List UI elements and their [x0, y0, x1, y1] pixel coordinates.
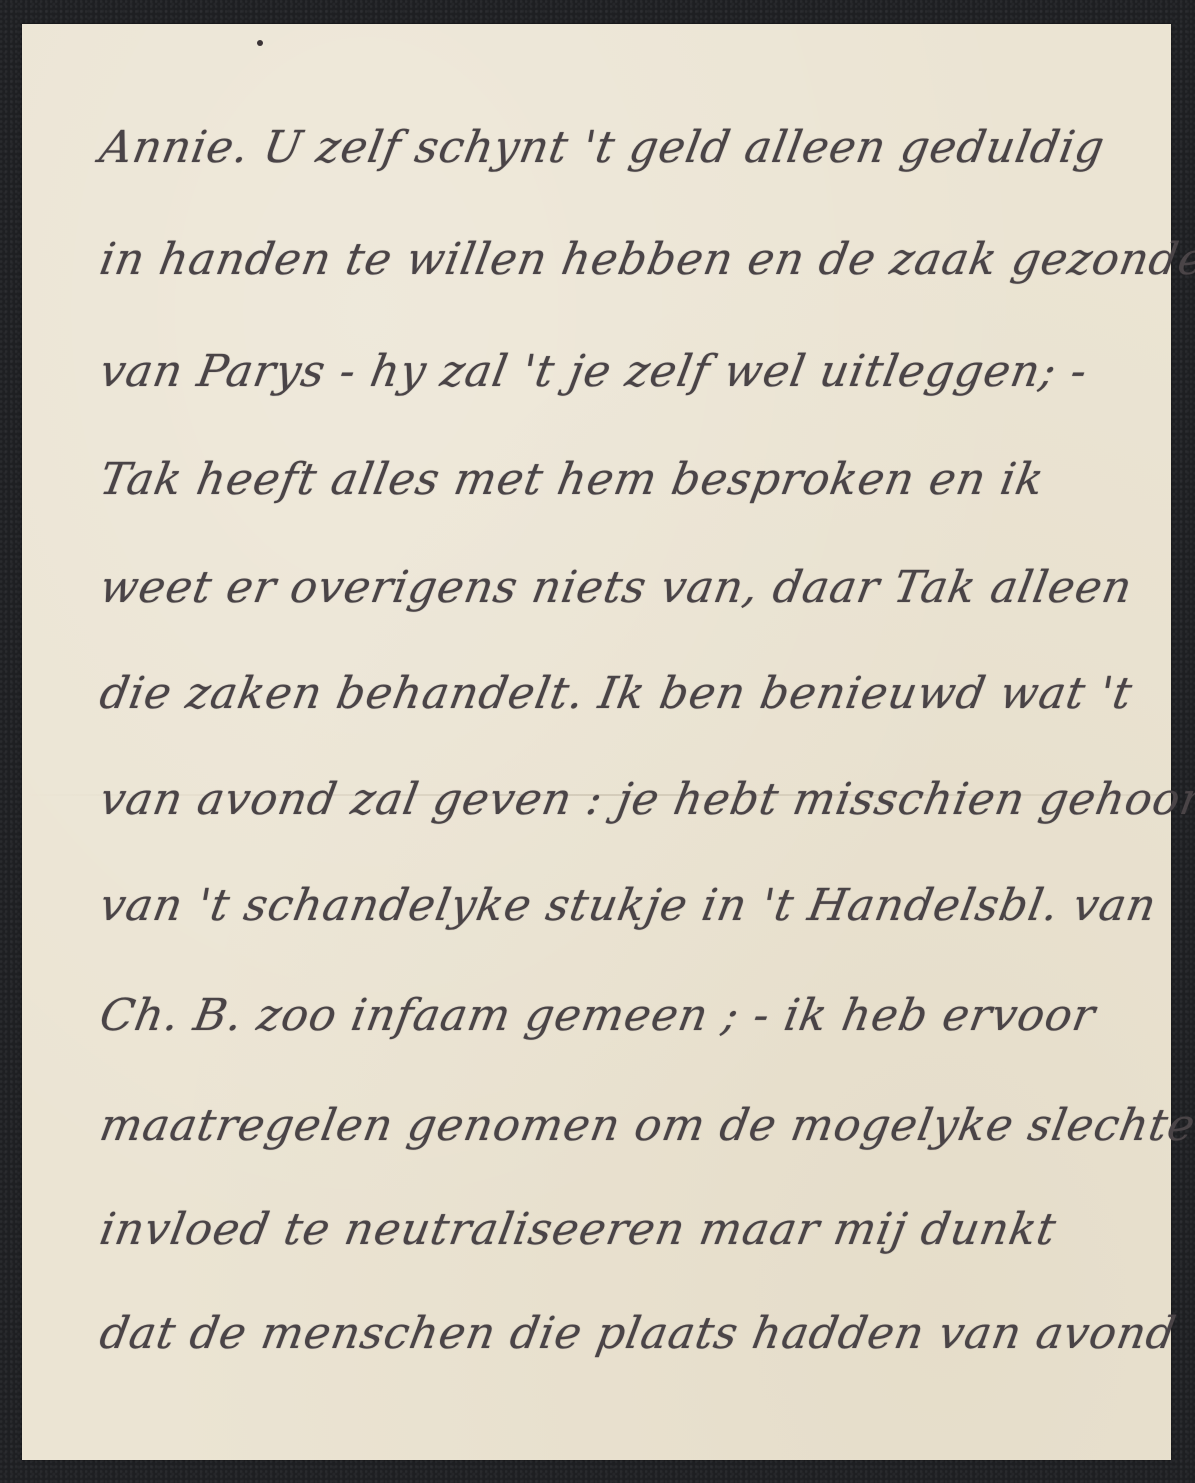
handwritten-line-6: die zaken behandelt. Ik ben benieuwd wat… [96, 668, 1145, 719]
ink-spot [257, 40, 263, 46]
handwritten-line-8: van 't schandelyke stukje in 't Handelsb… [96, 880, 1145, 931]
handwritten-line-4: Tak heeft alles met hem besproken en ik [96, 454, 1145, 505]
handwritten-line-10: maatregelen genomen om de mogelyke slech… [96, 1100, 1145, 1151]
handwritten-line-3: van Parys - hy zal 't je zelf wel uitleg… [96, 346, 1145, 397]
handwritten-line-2: in handen te willen hebben en de zaak ge… [96, 234, 1145, 285]
letter-page: Annie. U zelf schynt 't geld alleen gedu… [22, 24, 1171, 1460]
handwritten-line-7: van avond zal geven : je hebt misschien … [96, 774, 1145, 825]
handwritten-line-11: invloed te neutraliseeren maar mij dunkt [96, 1204, 1145, 1255]
handwritten-line-9: Ch. B. zoo infaam gemeen ; - ik heb ervo… [96, 990, 1145, 1041]
handwritten-line-12: dat de menschen die plaats hadden van av… [96, 1308, 1145, 1359]
handwritten-line-1: Annie. U zelf schynt 't geld alleen gedu… [96, 122, 1145, 173]
handwritten-line-5: weet er overigens niets van, daar Tak al… [96, 562, 1145, 613]
